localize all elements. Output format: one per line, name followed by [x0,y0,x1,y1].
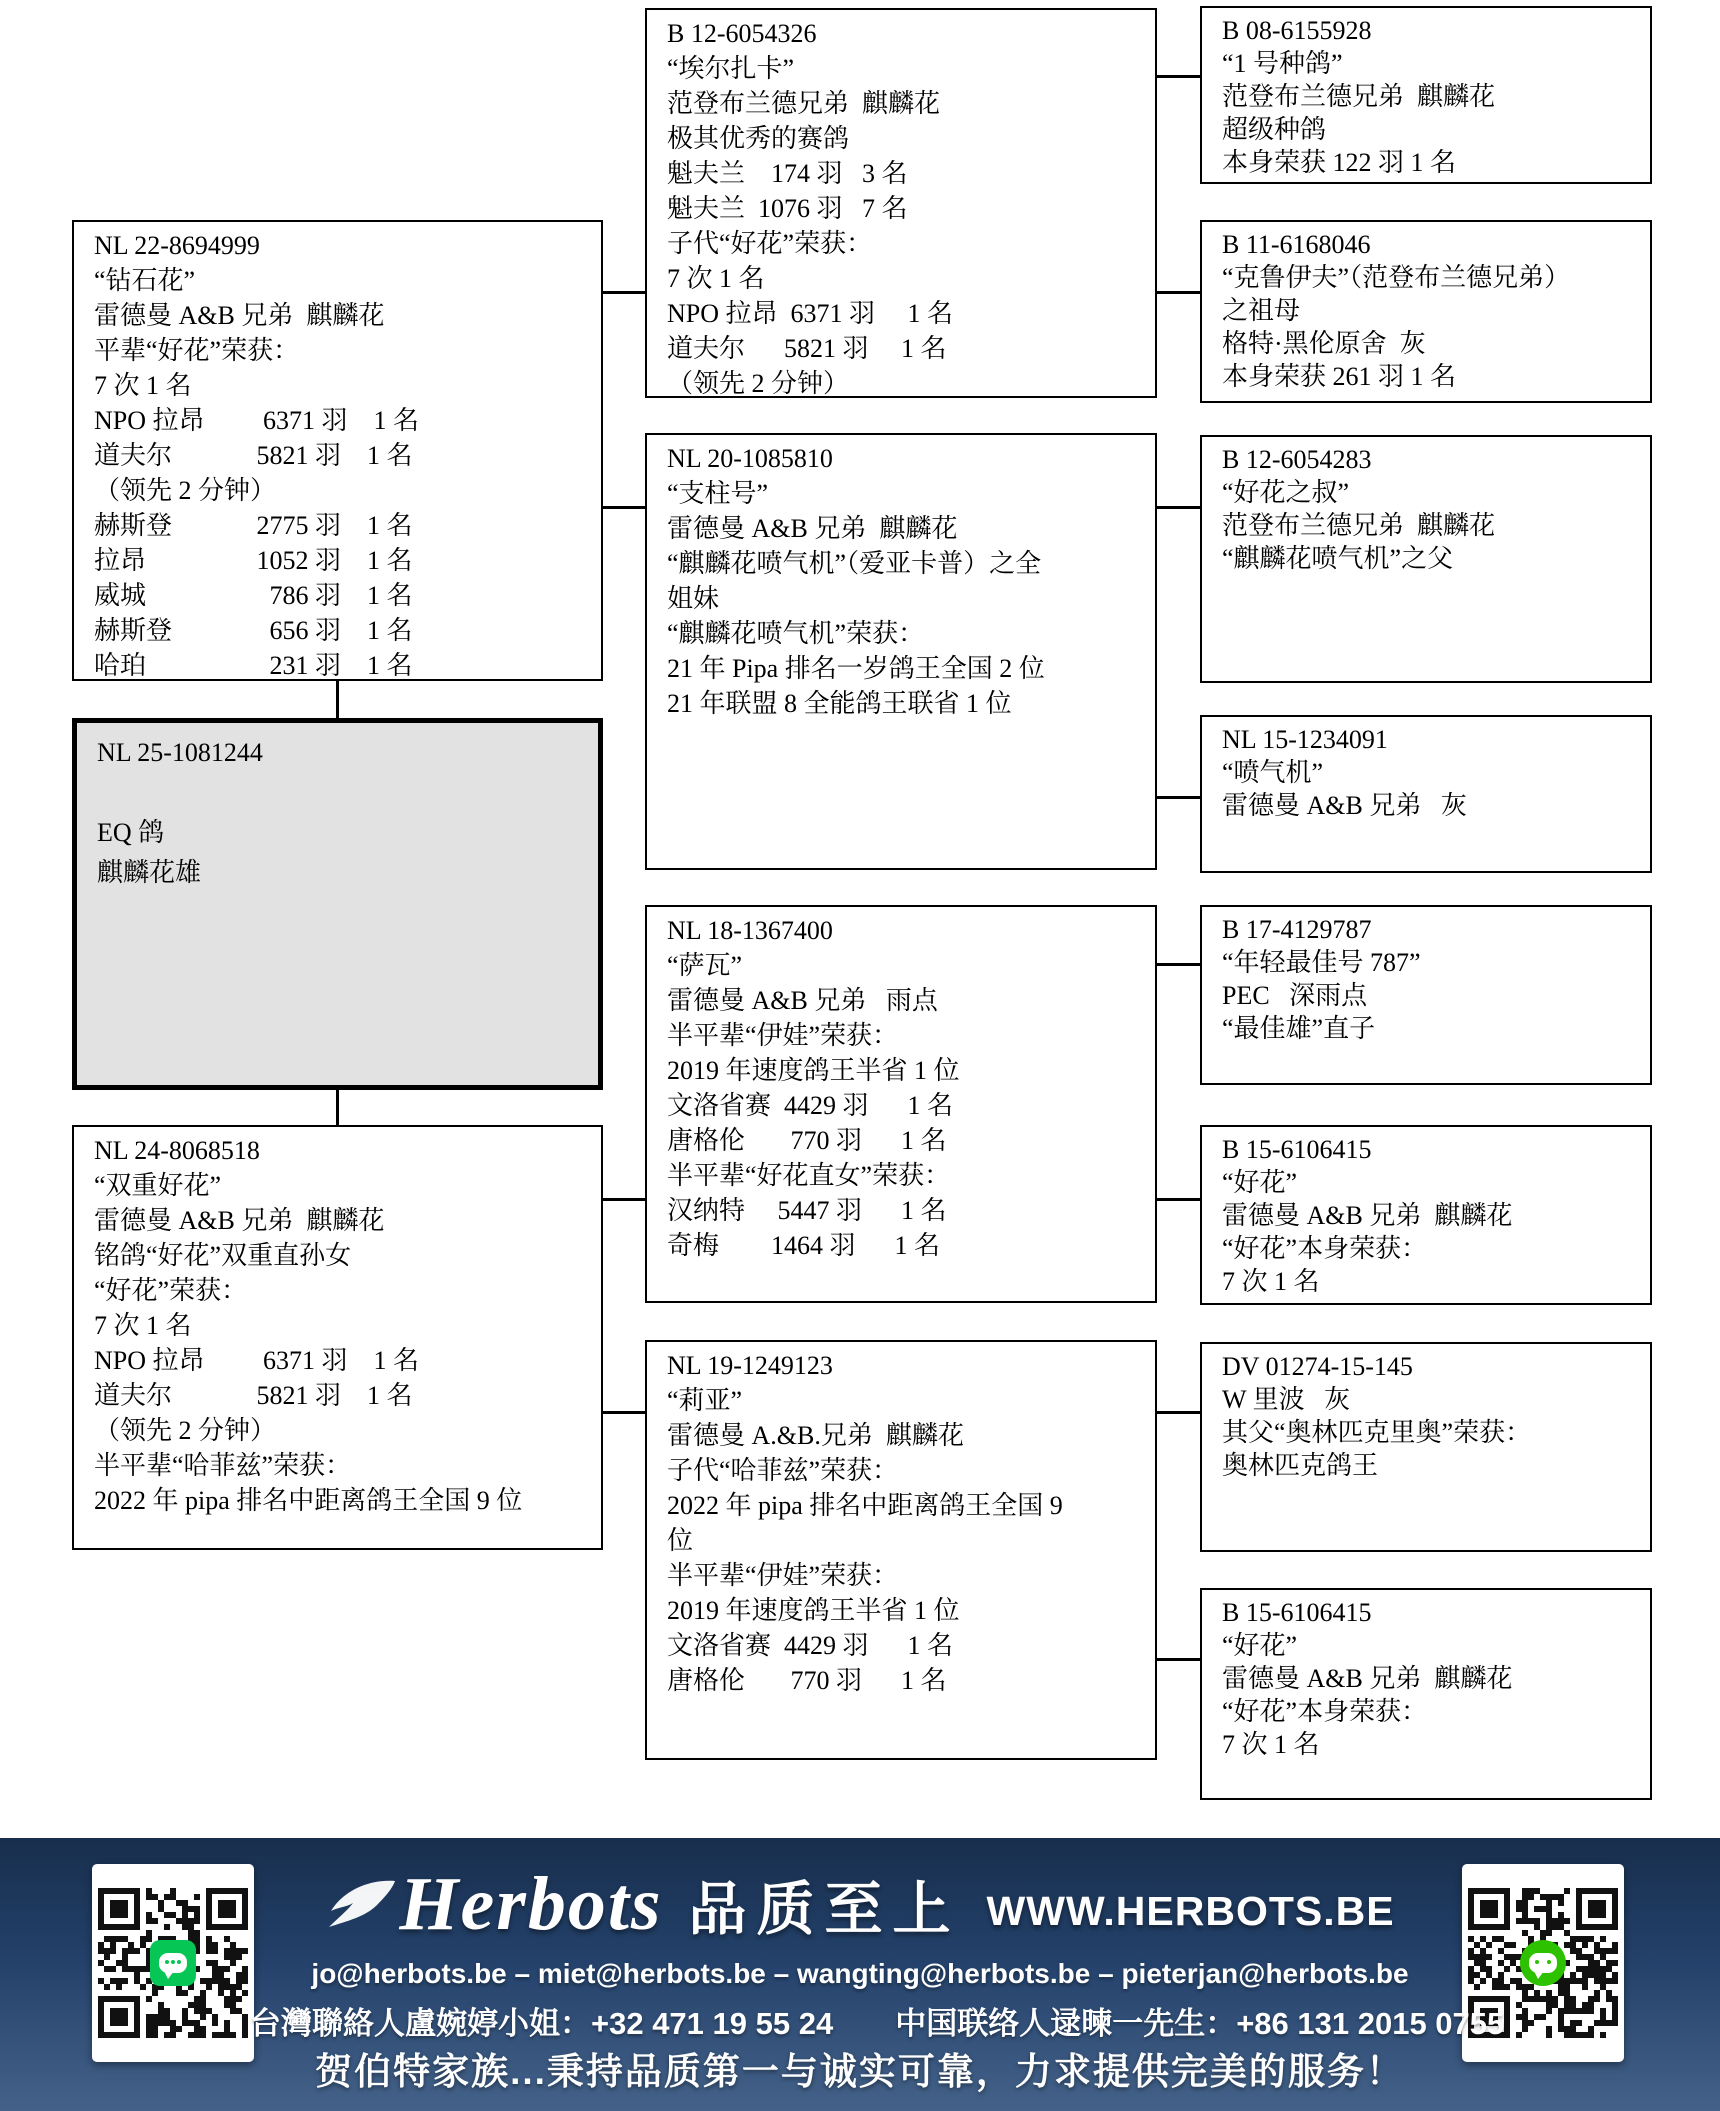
box-line: 文洛省赛 4429 羽 1 名 [667,1628,1155,1663]
box-line: 位 [667,1523,1155,1558]
box-line: 唐格伦 770 羽 1 名 [667,1123,1155,1158]
box-line: 7 次 1 名 [667,261,1155,296]
box-line: NL 15-1234091 [1222,723,1650,756]
box-line: 雷德曼 A&B 兄弟 麒麟花 [667,511,1155,546]
pedigree-box-subject: NL 25-1081244 EQ 鸽麒麟花雄 [72,718,603,1090]
box-line: B 12-6054326 [667,16,1155,51]
box-line: 魁夫兰 174 羽 3 名 [667,156,1155,191]
box-line: 半平辈“伊娃”荣获： [667,1558,1155,1593]
box-line: 21 年联盟 8 全能鸽王联省 1 位 [667,686,1155,721]
box-line: 格特·黑伦原舍 灰 [1222,327,1650,360]
pedigree-box-sire-father: B 12-6054326“埃尔扎卡”范登布兰德兄弟 麒麟花极其优秀的赛鸽魁夫兰 … [645,8,1157,398]
pedigree-box-grandparent-6: B 15-6106415“好花”雷德曼 A&B 兄弟 麒麟花“好花”本身荣获：7… [1200,1125,1652,1305]
box-line: 拉昂 1052 羽 1 名 [94,543,601,578]
box-line: PEC 深雨点 [1222,979,1650,1012]
box-line: NL 20-1085810 [667,441,1155,476]
qr-code-line [92,1864,254,2062]
connector-line [1155,796,1200,799]
box-line: 超级种鸽 [1222,113,1650,146]
connector-line [1155,291,1200,294]
connector-line [1155,506,1200,509]
box-line: “好花”本身荣获： [1222,1232,1650,1265]
box-line: “麒麟花喷气机”之父 [1222,542,1650,575]
connector-line [1155,1198,1200,1201]
box-line: “麒麟花喷气机”（爱亚卡普）之全 [667,546,1155,581]
box-line: 雷德曼 A&B 兄弟 麒麟花 [1222,1199,1650,1232]
pedigree-certificate: NL 22-8694999“钻石花”雷德曼 A&B 兄弟 麒麟花平辈“好花”荣获… [0,0,1720,2111]
box-line: 道夫尔 5821 羽 1 名 [94,1378,601,1413]
box-line: 奥林匹克鸽王 [1222,1449,1650,1482]
box-line: B 11-6168046 [1222,228,1650,261]
pedigree-box-grandparent-7: DV 01274-15-145W 里波 灰其父“奥林匹克里奥”荣获：奥林匹克鸽王 [1200,1342,1652,1552]
pedigree-box-grandparent-4: NL 15-1234091“喷气机”雷德曼 A&B 兄弟 灰 [1200,715,1652,873]
box-line: “克鲁伊夫”（范登布兰德兄弟） [1222,261,1650,294]
box-line: 雷德曼 A&B 兄弟 麒麟花 [94,1203,601,1238]
box-line: 雷德曼 A&B 兄弟 雨点 [667,983,1155,1018]
box-line: 半平辈“伊娃”荣获： [667,1018,1155,1053]
box-line: 之祖母 [1222,294,1650,327]
box-line: 威城 786 羽 1 名 [94,578,601,613]
box-line: 其父“奥林匹克里奥”荣获： [1222,1416,1650,1449]
box-line: 奇梅 1464 羽 1 名 [667,1228,1155,1263]
box-line: 7 次 1 名 [1222,1728,1650,1761]
pedigree-box-grandparent-8: B 15-6106415“好花”雷德曼 A&B 兄弟 麒麟花“好花”本身荣获：7… [1200,1588,1652,1800]
box-line: 7 次 1 名 [1222,1265,1650,1298]
box-line: 赫斯登 656 羽 1 名 [94,613,601,648]
email-addresses: jo@herbots.be – miet@herbots.be – wangti… [270,1958,1450,1990]
box-line: 范登布兰德兄弟 麒麟花 [1222,509,1650,542]
box-line: DV 01274-15-145 [1222,1350,1650,1383]
box-line: “好花”荣获： [94,1273,601,1308]
box-line: 极其优秀的赛鸽 [667,121,1155,156]
website-url: WWW.HERBOTS.BE [987,1874,1395,1935]
box-line: NL 24-8068518 [94,1133,601,1168]
box-line: “喷气机” [1222,756,1650,789]
feather-icon [325,1877,397,1931]
connector-line [601,506,645,509]
box-line: “1 号种鸽” [1222,47,1650,80]
box-line: “好花” [1222,1166,1650,1199]
box-line: 哈珀 231 羽 1 名 [94,648,601,683]
pedigree-box-sire: NL 22-8694999“钻石花”雷德曼 A&B 兄弟 麒麟花平辈“好花”荣获… [72,220,603,681]
box-line: 2022 年 pipa 排名中距离鸽王全国 9 位 [94,1483,601,1518]
box-line: 雷德曼 A&B 兄弟 麒麟花 [94,298,601,333]
box-line: 7 次 1 名 [94,368,601,403]
herbots-logo: Herbots [325,1861,662,1948]
box-line: 2019 年速度鸽王半省 1 位 [667,1053,1155,1088]
line-icon [150,1940,196,1986]
box-line: NPO 拉昂 6371 羽 1 名 [94,403,601,438]
box-line: NPO 拉昂 6371 羽 1 名 [667,296,1155,331]
box-line: 本身荣获 261 羽 1 名 [1222,360,1650,393]
connector-line [601,1198,645,1201]
box-line: “好花” [1222,1629,1650,1662]
pedigree-box-dam: NL 24-8068518“双重好花”雷德曼 A&B 兄弟 麒麟花铭鸽“好花”双… [72,1125,603,1550]
quality-slogan: 品质至上 [689,1862,961,1946]
box-line: 21 年 Pipa 排名一岁鸽王全国 2 位 [667,651,1155,686]
connector-line [336,1090,339,1125]
pedigree-box-grandparent-5: B 17-4129787“年轻最佳号 787”PEC 深雨点“最佳雄”直子 [1200,905,1652,1085]
box-line: B 15-6106415 [1222,1133,1650,1166]
box-line: 平辈“好花”荣获： [94,333,601,368]
box-line: 唐格伦 770 羽 1 名 [667,1663,1155,1698]
connector-line [1155,75,1200,78]
pedigree-box-dam-father: NL 18-1367400“萨瓦”雷德曼 A&B 兄弟 雨点半平辈“伊娃”荣获：… [645,905,1157,1303]
box-line: 雷德曼 A&B 兄弟 麒麟花 [1222,1662,1650,1695]
box-line: 半平辈“好花直女”荣获： [667,1158,1155,1193]
box-line: B 12-6054283 [1222,443,1650,476]
box-line: “麒麟花喷气机”荣获： [667,616,1155,651]
box-line: 范登布兰德兄弟 麒麟花 [1222,80,1650,113]
box-line: 文洛省赛 4429 羽 1 名 [667,1088,1155,1123]
connector-line [1155,1411,1200,1414]
box-line: NL 19-1249123 [667,1348,1155,1383]
contact-phones: 台灣聯絡人盧婉婷小姐：+32 471 19 55 24 中国联络人逯暕一先生：+… [250,1998,1470,2043]
box-line: “年轻最佳号 787” [1222,946,1650,979]
pedigree-box-grandparent-2: B 11-6168046“克鲁伊夫”（范登布兰德兄弟）之祖母格特·黑伦原舍 灰本… [1200,220,1652,403]
box-line: “萨瓦” [667,948,1155,983]
pedigree-box-grandparent-3: B 12-6054283“好花之叔”范登布兰德兄弟 麒麟花“麒麟花喷气机”之父 [1200,435,1652,683]
box-line: 半平辈“哈菲兹”荣获： [94,1448,601,1483]
box-line: “好花之叔” [1222,476,1650,509]
connector-line [1155,963,1200,966]
box-line: “钻石花” [94,263,601,298]
connector-line [336,681,339,718]
box-line: 赫斯登 2775 羽 1 名 [94,508,601,543]
box-line: “支柱号” [667,476,1155,511]
box-line: 道夫尔 5821 羽 1 名 [94,438,601,473]
box-line: B 17-4129787 [1222,913,1650,946]
wechat-icon [1520,1940,1566,1986]
box-line: 范登布兰德兄弟 麒麟花 [667,86,1155,121]
box-line: （领先 2 分钟） [667,366,1155,401]
box-line: 姐妹 [667,581,1155,616]
box-line: 2022 年 pipa 排名中距离鸽王全国 9 [667,1488,1155,1523]
box-line: 本身荣获 122 羽 1 名 [1222,146,1650,179]
box-line: 子代“哈菲兹”荣获： [667,1453,1155,1488]
box-line: “莉亚” [667,1383,1155,1418]
box-line: “埃尔扎卡” [667,51,1155,86]
footer-tagline: 贺伯特家族...秉持品质第一与诚实可靠，力求提供完美的服务！ [230,2041,1490,2095]
box-line: 雷德曼 A&B 兄弟 灰 [1222,789,1650,822]
box-line: EQ 鸽 [97,813,598,853]
box-line: 魁夫兰 1076 羽 7 名 [667,191,1155,226]
box-line: 雷德曼 A.&B.兄弟 麒麟花 [667,1418,1155,1453]
box-line: 汉纳特 5447 羽 1 名 [667,1193,1155,1228]
box-line: B 15-6106415 [1222,1596,1650,1629]
box-line: W 里波 灰 [1222,1383,1650,1416]
box-line [97,773,598,813]
connector-line [1155,1658,1200,1661]
footer-band: Herbots 品质至上 WWW.HERBOTS.BE jo@herbots.b… [0,1838,1720,2111]
box-line: NPO 拉昂 6371 羽 1 名 [94,1343,601,1378]
box-line: 麒麟花雄 [97,853,598,893]
pedigree-box-grandparent-1: B 08-6155928“1 号种鸽”范登布兰德兄弟 麒麟花超级种鸽本身荣获 1… [1200,6,1652,184]
connector-line [601,291,645,294]
box-line: 2019 年速度鸽王半省 1 位 [667,1593,1155,1628]
pedigree-box-dam-mother: NL 19-1249123“莉亚”雷德曼 A.&B.兄弟 麒麟花子代“哈菲兹”荣… [645,1340,1157,1760]
box-line: NL 25-1081244 [97,733,598,773]
connector-line [601,1411,645,1414]
box-line: 7 次 1 名 [94,1308,601,1343]
box-line: 铭鸽“好花”双重直孙女 [94,1238,601,1273]
box-line: B 08-6155928 [1222,14,1650,47]
box-line: “好花”本身荣获： [1222,1695,1650,1728]
box-line: （领先 2 分钟） [94,473,601,508]
brand-row: Herbots 品质至上 WWW.HERBOTS.BE [270,1856,1450,1952]
brand-name: Herbots [399,1861,662,1948]
box-line: （领先 2 分钟） [94,1413,601,1448]
box-line: 道夫尔 5821 羽 1 名 [667,331,1155,366]
pedigree-box-sire-mother: NL 20-1085810“支柱号”雷德曼 A&B 兄弟 麒麟花“麒麟花喷气机”… [645,433,1157,870]
box-line: NL 18-1367400 [667,913,1155,948]
box-line: 子代“好花”荣获： [667,226,1155,261]
box-line: NL 22-8694999 [94,228,601,263]
box-line: “双重好花” [94,1168,601,1203]
box-line: “最佳雄”直子 [1222,1012,1650,1045]
